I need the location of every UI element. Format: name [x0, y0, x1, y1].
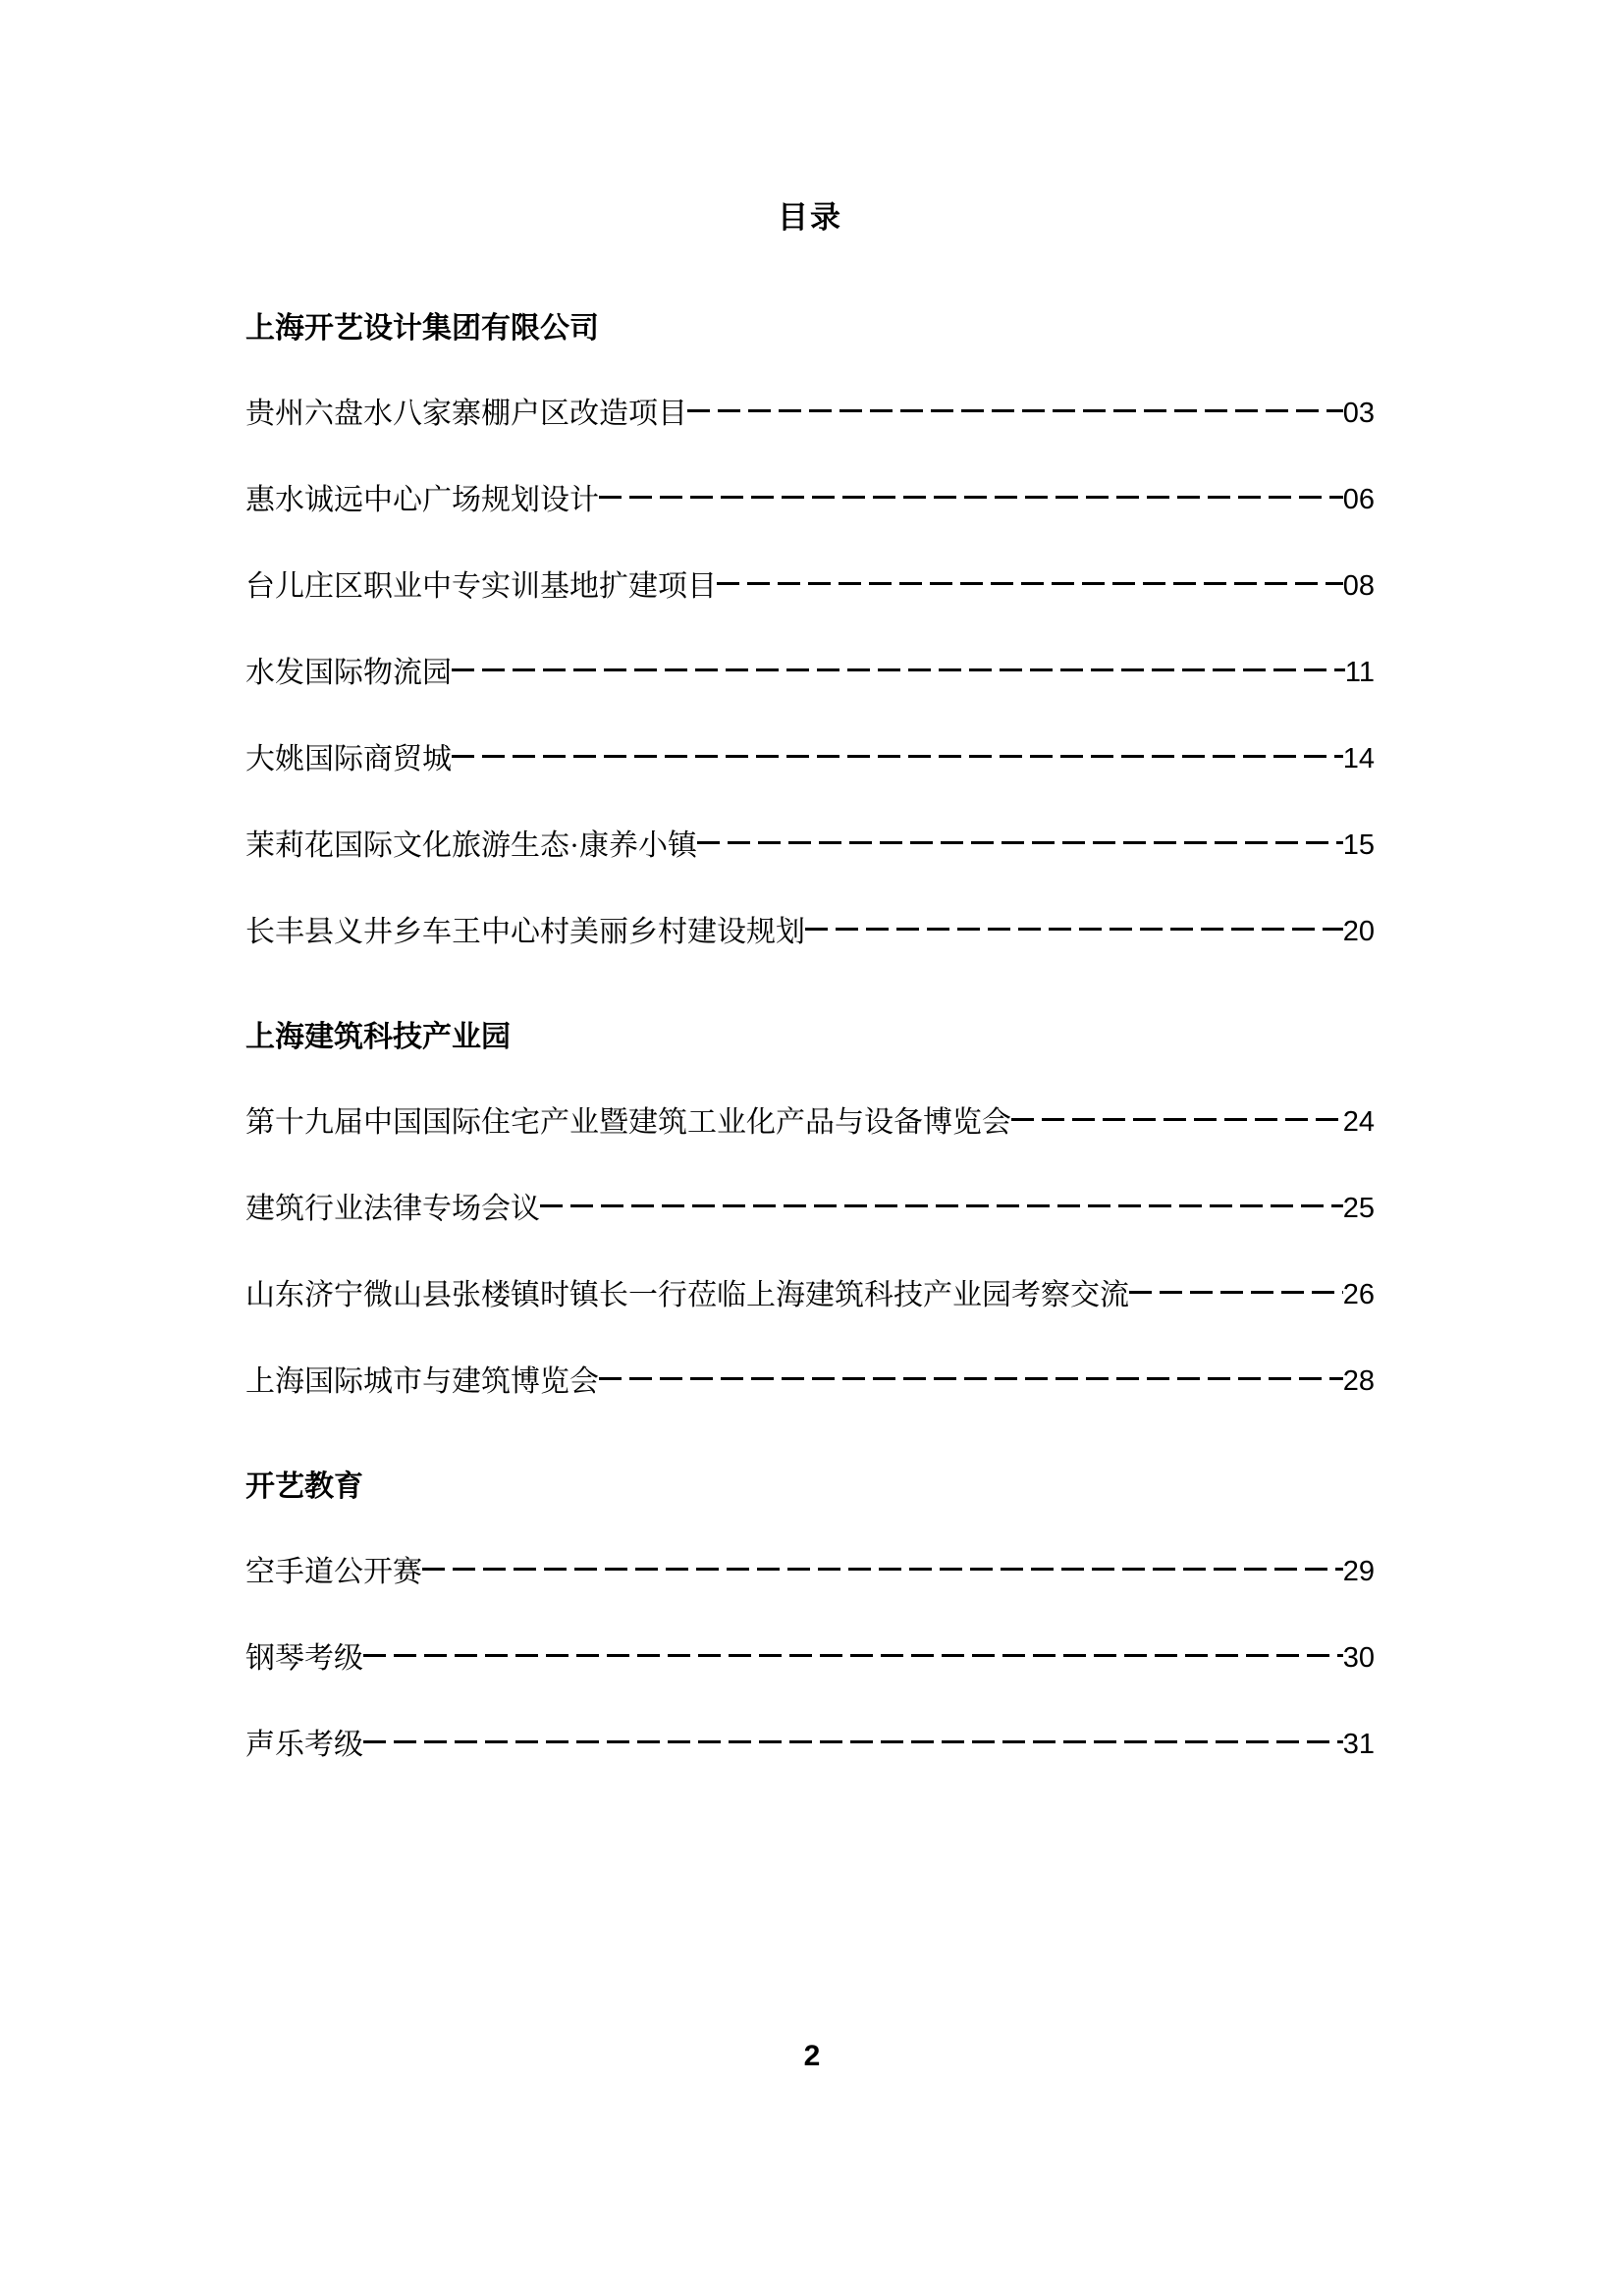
dash-leader [687, 409, 1343, 412]
page-title: 目录 [245, 201, 1375, 235]
document-page: 目录 上海开艺设计集团有限公司 贵州六盘水八家寨棚户区改造项目 03 惠水诚远中… [0, 0, 1624, 2296]
entry-page-number: 26 [1343, 1279, 1375, 1311]
dash-leader [452, 668, 1345, 671]
entry-title: 水发国际物流园 [245, 657, 452, 689]
section-heading: 开艺教育 [245, 1470, 1375, 1504]
entry-title: 上海国际城市与建筑博览会 [245, 1365, 599, 1398]
entry-title: 第十九届中国国际住宅产业暨建筑工业化产品与设备博览会 [245, 1106, 1011, 1139]
dash-leader [422, 1568, 1343, 1571]
entry-title: 钢琴考级 [245, 1642, 363, 1675]
page-number: 2 [0, 2040, 1624, 2073]
toc-section: 上海建筑科技产业园 第十九届中国国际住宅产业暨建筑工业化产品与设备博览会 24 … [245, 1021, 1375, 1398]
entry-page-number: 31 [1343, 1729, 1375, 1761]
entry-page-number: 24 [1343, 1106, 1375, 1139]
entry-title: 茉莉花国际文化旅游生态·康养小镇 [245, 829, 697, 862]
entry-title: 大姚国际商贸城 [245, 743, 452, 775]
toc-entry[interactable]: 贵州六盘水八家寨棚户区改造项目 03 [245, 398, 1375, 430]
toc-entry[interactable]: 山东济宁微山县张楼镇时镇长一行莅临上海建筑科技产业园考察交流 26 [245, 1279, 1375, 1311]
dash-leader [1129, 1291, 1343, 1294]
entry-title: 山东济宁微山县张楼镇时镇长一行莅临上海建筑科技产业园考察交流 [245, 1279, 1129, 1311]
toc-entry[interactable]: 建筑行业法律专场会议 25 [245, 1193, 1375, 1225]
section-entries: 第十九届中国国际住宅产业暨建筑工业化产品与设备博览会 24 建筑行业法律专场会议… [245, 1106, 1375, 1398]
dash-leader [363, 1654, 1343, 1657]
entry-title: 长丰县义井乡车王中心村美丽乡村建设规划 [245, 916, 805, 948]
entry-page-number: 03 [1343, 398, 1375, 430]
dash-leader [599, 1377, 1343, 1380]
entry-page-number: 08 [1343, 570, 1375, 603]
toc-section: 开艺教育 空手道公开赛 29 钢琴考级 30 声乐考级 31 [245, 1470, 1375, 1761]
toc-entry[interactable]: 第十九届中国国际住宅产业暨建筑工业化产品与设备博览会 24 [245, 1106, 1375, 1139]
entry-page-number: 14 [1343, 743, 1375, 775]
toc-entry[interactable]: 水发国际物流园 11 [245, 657, 1375, 689]
entry-page-number: 15 [1343, 829, 1375, 862]
entry-title: 声乐考级 [245, 1729, 363, 1761]
toc-entry[interactable]: 大姚国际商贸城 14 [245, 743, 1375, 775]
dash-leader [363, 1740, 1343, 1743]
entry-title: 空手道公开赛 [245, 1556, 422, 1588]
entry-title: 惠水诚远中心广场规划设计 [245, 484, 599, 516]
entry-page-number: 29 [1343, 1556, 1375, 1588]
section-heading: 上海开艺设计集团有限公司 [245, 312, 1375, 346]
toc-content: 目录 上海开艺设计集团有限公司 贵州六盘水八家寨棚户区改造项目 03 惠水诚远中… [245, 201, 1375, 1761]
toc-entry[interactable]: 空手道公开赛 29 [245, 1556, 1375, 1588]
dash-leader [452, 755, 1343, 758]
entry-title: 建筑行业法律专场会议 [245, 1193, 540, 1225]
toc-section: 上海开艺设计集团有限公司 贵州六盘水八家寨棚户区改造项目 03 惠水诚远中心广场… [245, 312, 1375, 948]
entry-page-number: 28 [1343, 1365, 1375, 1398]
dash-leader [805, 928, 1343, 931]
toc-sections: 上海开艺设计集团有限公司 贵州六盘水八家寨棚户区改造项目 03 惠水诚远中心广场… [245, 312, 1375, 1761]
dash-leader [697, 841, 1343, 844]
entry-page-number: 11 [1345, 657, 1375, 689]
entry-page-number: 06 [1343, 484, 1375, 516]
entry-title: 贵州六盘水八家寨棚户区改造项目 [245, 398, 687, 430]
dash-leader [599, 496, 1343, 499]
toc-entry[interactable]: 茉莉花国际文化旅游生态·康养小镇 15 [245, 829, 1375, 862]
toc-entry[interactable]: 台儿庄区职业中专实训基地扩建项目 08 [245, 570, 1375, 603]
section-heading: 上海建筑科技产业园 [245, 1021, 1375, 1054]
toc-entry[interactable]: 惠水诚远中心广场规划设计 06 [245, 484, 1375, 516]
section-entries: 空手道公开赛 29 钢琴考级 30 声乐考级 31 [245, 1556, 1375, 1761]
toc-entry[interactable]: 长丰县义井乡车王中心村美丽乡村建设规划 20 [245, 916, 1375, 948]
toc-entry[interactable]: 上海国际城市与建筑博览会 28 [245, 1365, 1375, 1398]
toc-entry[interactable]: 声乐考级 31 [245, 1729, 1375, 1761]
entry-page-number: 30 [1343, 1642, 1375, 1675]
entry-page-number: 25 [1343, 1193, 1375, 1225]
dash-leader [540, 1204, 1343, 1207]
dash-leader [717, 582, 1343, 585]
toc-entry[interactable]: 钢琴考级 30 [245, 1642, 1375, 1675]
section-entries: 贵州六盘水八家寨棚户区改造项目 03 惠水诚远中心广场规划设计 06 台儿庄区职… [245, 398, 1375, 948]
entry-page-number: 20 [1343, 916, 1375, 948]
dash-leader [1011, 1118, 1343, 1121]
entry-title: 台儿庄区职业中专实训基地扩建项目 [245, 570, 717, 603]
